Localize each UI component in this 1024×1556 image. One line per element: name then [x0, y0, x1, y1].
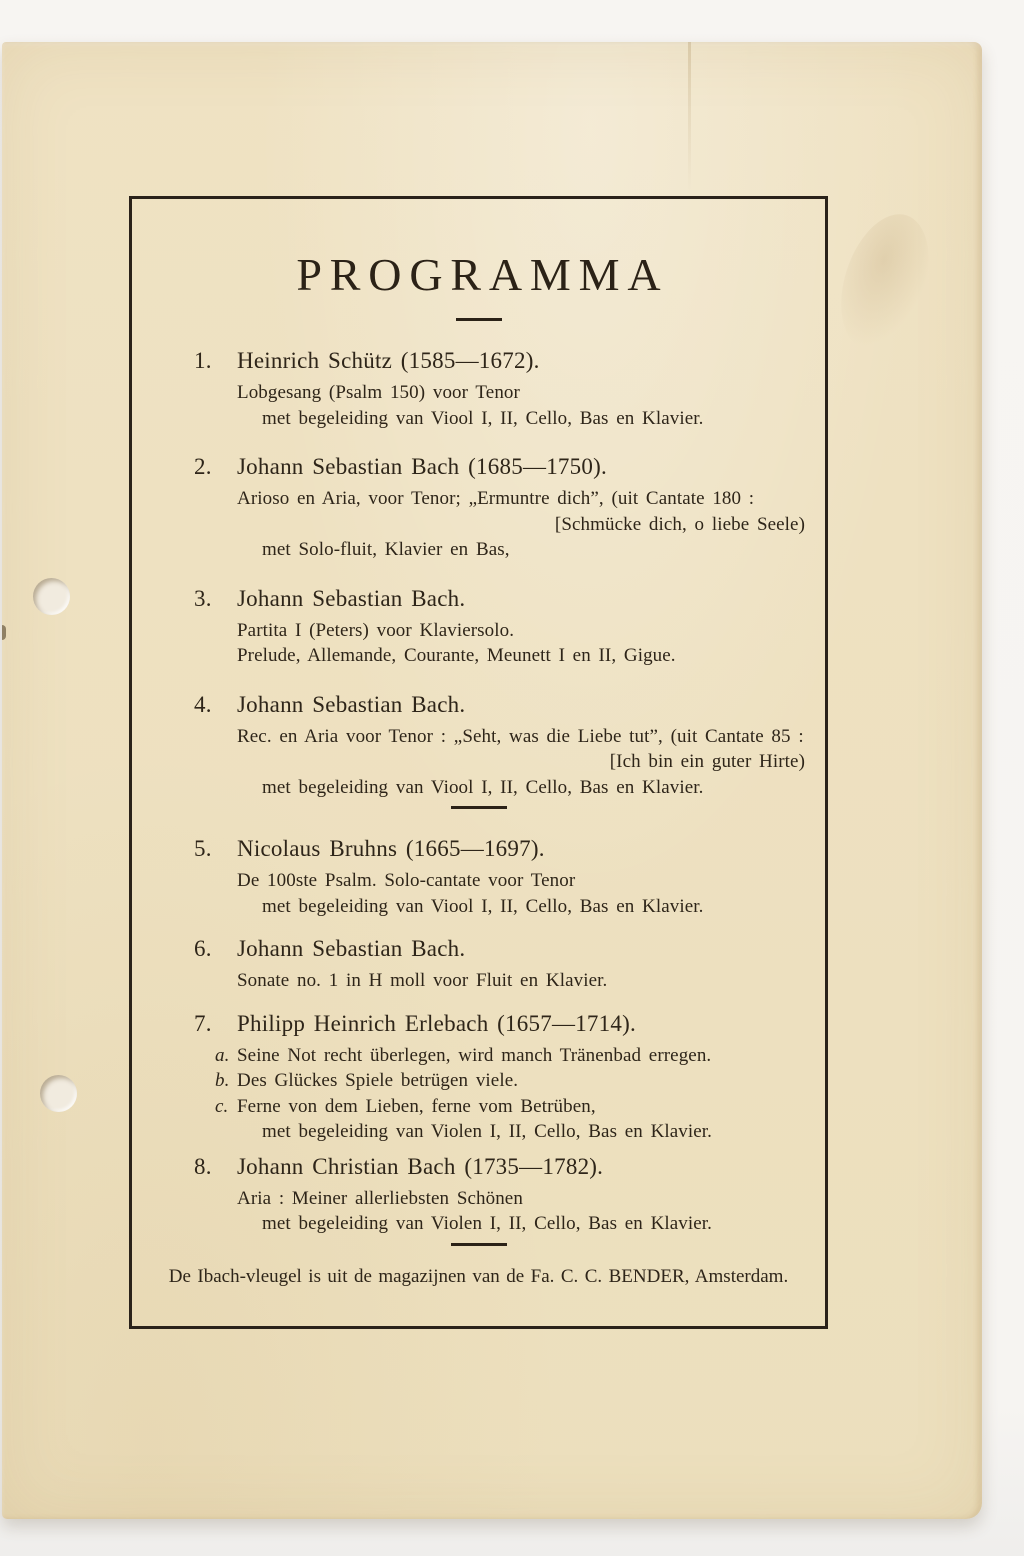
item-heading-row: 7. Philipp Heinrich Erlebach (1657—1714)… — [132, 1010, 825, 1038]
punch-hole-top — [33, 578, 70, 615]
item-number: 7. — [194, 1010, 237, 1038]
printed-border-frame: PROGRAMMA 1. Heinrich Schütz (1585—1672)… — [129, 196, 828, 1329]
program-item-1: 1. Heinrich Schütz (1585—1672). Lobgesan… — [132, 347, 825, 431]
item-heading: Heinrich Schütz (1585—1672). — [237, 347, 540, 375]
item-heading: Johann Sebastian Bach. — [237, 691, 465, 719]
subline-label: a. — [215, 1043, 237, 1069]
item-heading: Johann Sebastian Bach. — [237, 935, 465, 963]
program-item-4: 4. Johann Sebastian Bach. Rec. en Aria v… — [132, 691, 825, 801]
item-heading-row: 8. Johann Christian Bach (1735—1782). — [132, 1153, 825, 1181]
item-line: met Solo-fluit, Klavier en Bas, — [132, 537, 825, 563]
item-heading: Philipp Heinrich Erlebach (1657—1714). — [237, 1010, 636, 1038]
section-divider-rule — [451, 806, 507, 809]
item-heading-row: 1. Heinrich Schütz (1585—1672). — [132, 347, 825, 375]
item-number: 2. — [194, 453, 237, 481]
item-number: 4. — [194, 691, 237, 719]
program-item-6: 6. Johann Sebastian Bach. Sonate no. 1 i… — [132, 935, 825, 994]
item-subline-a: a.Seine Not recht überlegen, wird manch … — [132, 1043, 825, 1069]
item-line: met begeleiding van Viool I, II, Cello, … — [132, 775, 825, 801]
item-heading-row: 4. Johann Sebastian Bach. — [132, 691, 825, 719]
item-heading: Johann Sebastian Bach. — [237, 585, 465, 613]
item-line: [Ich bin ein guter Hirte) — [132, 749, 825, 775]
item-number: 5. — [194, 835, 237, 863]
item-line: Aria : Meiner allerliebsten Schönen — [132, 1186, 825, 1212]
title-rule — [456, 318, 502, 321]
item-line: met begeleiding van Viool I, II, Cello, … — [132, 894, 825, 920]
program-list: 1. Heinrich Schütz (1585—1672). Lobgesan… — [132, 347, 825, 1289]
paper-top-crease — [688, 42, 691, 192]
item-number: 3. — [194, 585, 237, 613]
section-divider-rule — [451, 1243, 507, 1246]
program-item-8: 8. Johann Christian Bach (1735—1782). Ar… — [132, 1153, 825, 1237]
item-heading-row: 6. Johann Sebastian Bach. — [132, 935, 825, 963]
program-content: PROGRAMMA 1. Heinrich Schütz (1585—1672)… — [132, 199, 825, 1326]
item-line: Sonate no. 1 in H moll voor Fluit en Kla… — [132, 968, 825, 994]
item-line: Partita I (Peters) voor Klaviersolo. — [132, 618, 825, 644]
paper-edge-mark — [2, 625, 6, 640]
item-line: Prelude, Allemande, Courante, Meunett I … — [132, 643, 825, 669]
item-subline-b: b.Des Glückes Spiele betrügen viele. — [132, 1068, 825, 1094]
punch-hole-bottom — [40, 1075, 77, 1112]
item-line: met begeleiding van Violen I, II, Cello,… — [132, 1119, 825, 1145]
item-heading-row: 5. Nicolaus Bruhns (1665—1697). — [132, 835, 825, 863]
program-item-3: 3. Johann Sebastian Bach. Partita I (Pet… — [132, 585, 825, 669]
page-title: PROGRAMMA — [132, 249, 825, 300]
item-number: 1. — [194, 347, 237, 375]
paper-stain — [825, 203, 944, 361]
subline-label: b. — [215, 1068, 237, 1094]
subline-text: Des Glückes Spiele betrügen viele. — [237, 1070, 518, 1091]
program-item-7: 7. Philipp Heinrich Erlebach (1657—1714)… — [132, 1010, 825, 1145]
item-heading-row: 2. Johann Sebastian Bach (1685—1750). — [132, 453, 825, 481]
item-subline-c: c.Ferne von dem Lieben, ferne vom Betrüb… — [132, 1094, 825, 1120]
program-paper-sheet: PROGRAMMA 1. Heinrich Schütz (1585—1672)… — [2, 42, 982, 1519]
item-line: De 100ste Psalm. Solo-cantate voor Tenor — [132, 868, 825, 894]
item-line: Rec. en Aria voor Tenor : „Seht, was die… — [132, 724, 825, 750]
item-heading-row: 3. Johann Sebastian Bach. — [132, 585, 825, 613]
subline-text: Seine Not recht überlegen, wird manch Tr… — [237, 1045, 711, 1066]
program-item-2: 2. Johann Sebastian Bach (1685—1750). Ar… — [132, 453, 825, 563]
item-line: [Schmücke dich, o liebe Seele) — [132, 512, 825, 538]
item-heading: Johann Christian Bach (1735—1782). — [237, 1153, 603, 1181]
item-number: 8. — [194, 1153, 237, 1181]
subline-label: c. — [215, 1094, 237, 1120]
item-number: 6. — [194, 935, 237, 963]
item-line: met begeleiding van Violen I, II, Cello,… — [132, 1211, 825, 1237]
footer-note: De Ibach-vleugel is uit de magazijnen va… — [132, 1264, 825, 1289]
item-line: Lobgesang (Psalm 150) voor Tenor — [132, 380, 825, 406]
item-heading: Johann Sebastian Bach (1685—1750). — [237, 453, 607, 481]
item-line: Arioso en Aria, voor Tenor; „Ermuntre di… — [132, 486, 825, 512]
subline-text: Ferne von dem Lieben, ferne vom Betrüben… — [237, 1096, 596, 1117]
item-heading: Nicolaus Bruhns (1665—1697). — [237, 835, 545, 863]
program-item-5: 5. Nicolaus Bruhns (1665—1697). De 100st… — [132, 835, 825, 919]
item-line: met begeleiding van Viool I, II, Cello, … — [132, 406, 825, 432]
